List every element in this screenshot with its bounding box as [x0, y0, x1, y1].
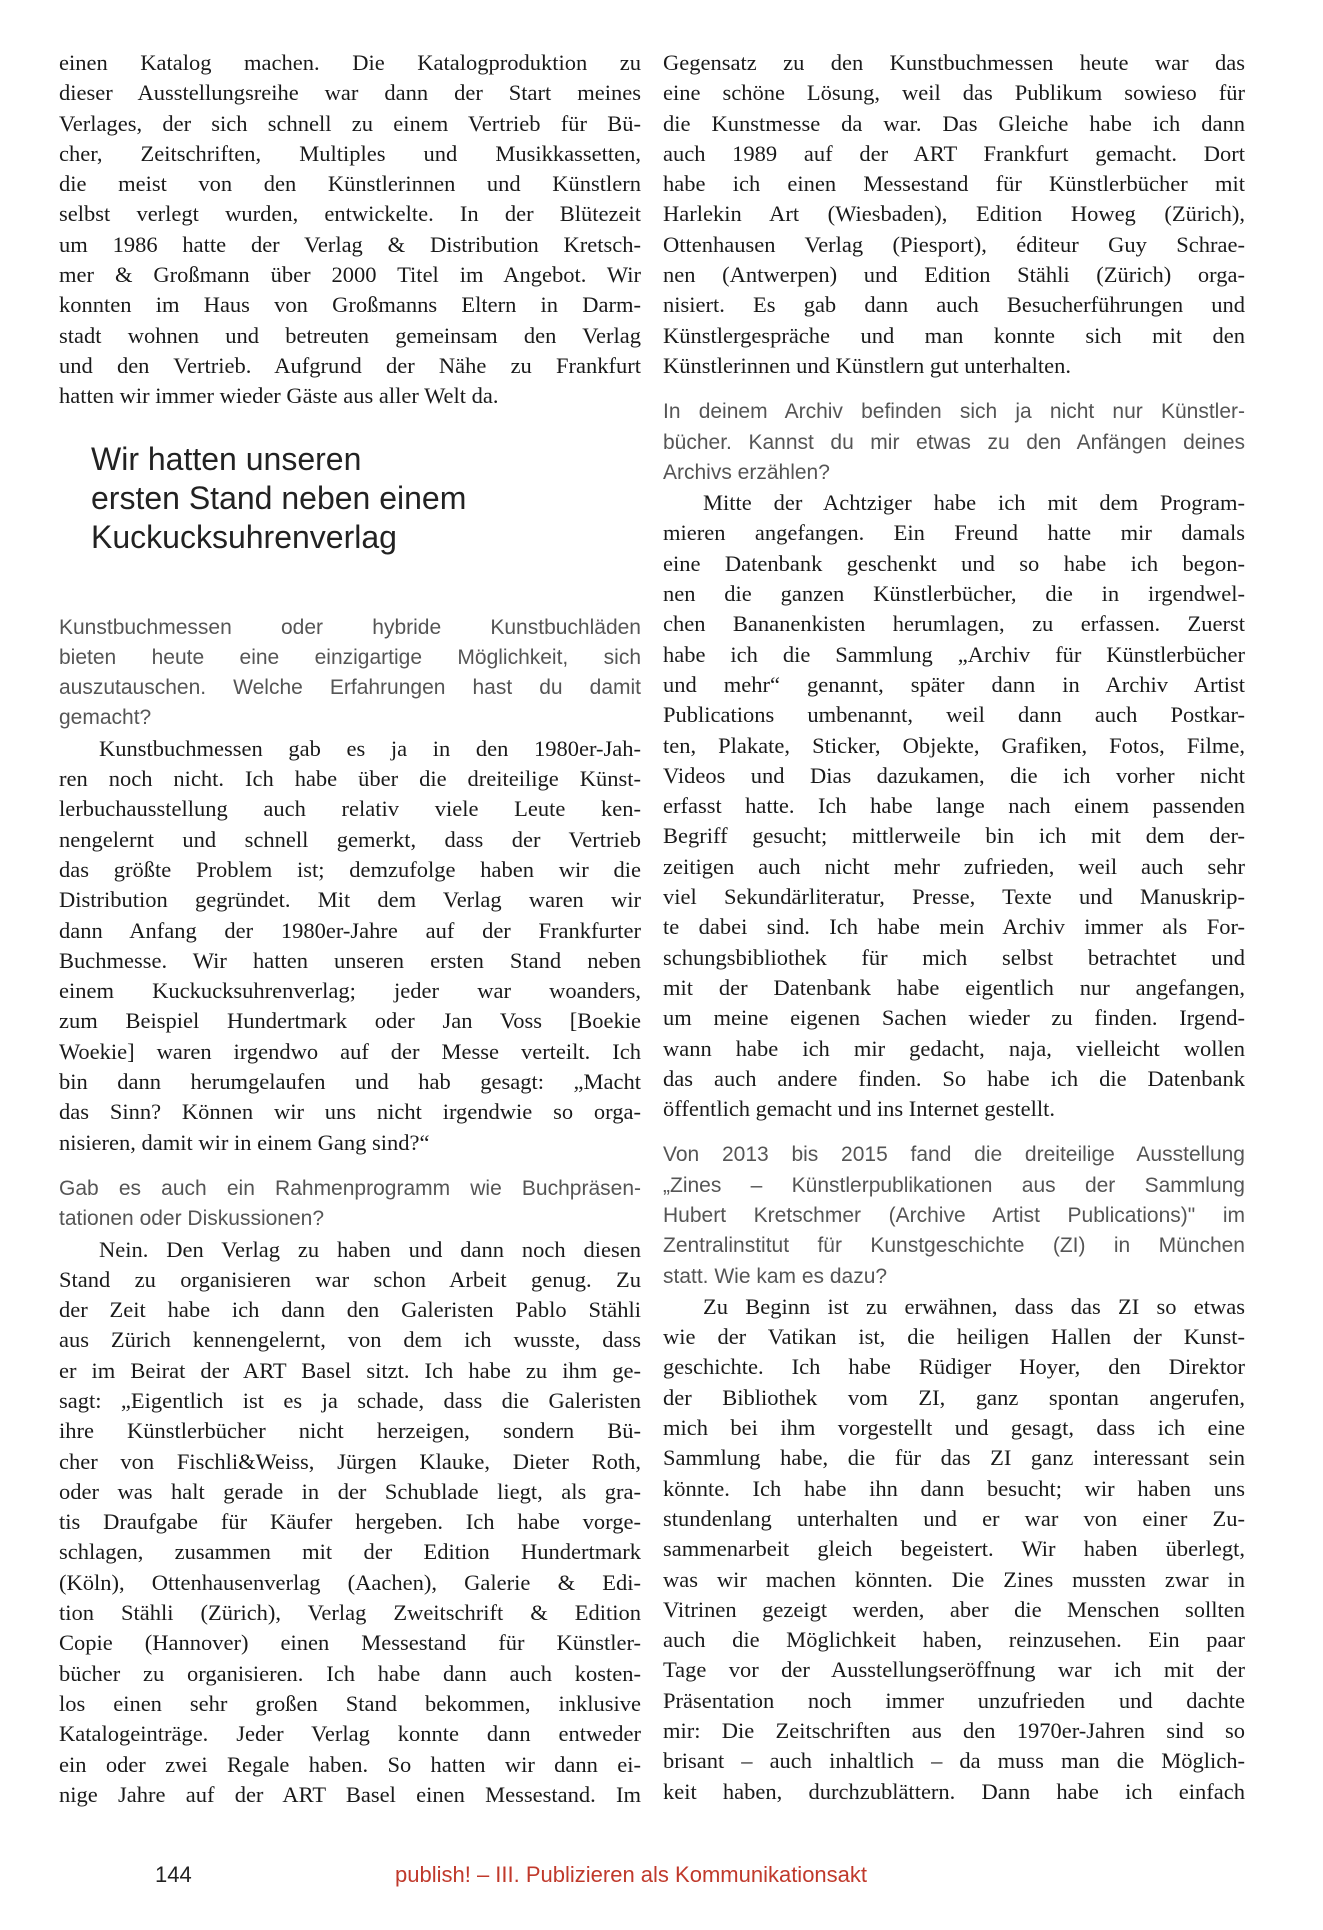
text-line: Vitrinen gezeigt werden, aber die Mensch… [663, 1595, 1245, 1625]
text-line: habe ich die Sammlung „Archiv für Künstl… [663, 640, 1245, 670]
text-line: dann Anfang der 1980er-Jahre auf der Fra… [59, 916, 641, 946]
text-line: Videos und Dias dazukamen, die ich vorhe… [663, 761, 1245, 791]
text-line: Katalogeinträge. Jeder Verlag konnte dan… [59, 1719, 641, 1749]
text-line: wann habe ich mir gedacht, naja, viellei… [663, 1034, 1245, 1064]
interview-question: Von 2013 bis 2015 fand die dreiteilige A… [663, 1140, 1245, 1291]
text-line: Verlages, der sich schnell zu einem Vert… [59, 109, 641, 139]
text-line: aus Zürich kennengelernt, von dem ich wu… [59, 1325, 641, 1355]
text-line: viel Sekundärliteratur, Presse, Texte un… [663, 882, 1245, 912]
text-line: das größte Problem ist; demzufolge haben… [59, 855, 641, 885]
interview-question: In deinem Archiv befinden sich ja nicht … [663, 397, 1245, 488]
text-line: geschichte. Ich habe Rüdiger Hoyer, den … [663, 1352, 1245, 1382]
text-line: stadt wohnen und betreuten gemeinsam den… [59, 321, 641, 351]
text-line: eine Datenbank geschenkt und so habe ich… [663, 549, 1245, 579]
question-line: statt. Wie kam es dazu? [663, 1262, 1245, 1292]
text-line: tis Draufgabe für Käufer hergeben. Ich h… [59, 1507, 641, 1537]
text-line: Begriff gesucht; mittlerweile bin ich mi… [663, 821, 1245, 851]
text-line: Kunstbuchmessen gab es ja in den 1980er-… [59, 734, 641, 764]
running-title: publish! – III. Publizieren als Kommunik… [395, 1862, 867, 1888]
text-line: Künstlerinnen und Künstlern gut unterhal… [663, 351, 1245, 381]
text-line: te dabei sind. Ich habe mein Archiv imme… [663, 912, 1245, 942]
text-line: mich bei ihm vorgestellt und gesagt, das… [663, 1413, 1245, 1443]
text-line: Präsentation noch immer unzufrieden und … [663, 1686, 1245, 1716]
text-line: nen (Antwerpen) und Edition Stähli (Züri… [663, 260, 1245, 290]
text-line: chen Bananenkisten herumlagen, zu erfass… [663, 609, 1245, 639]
right-column: Gegensatz zu den Kunstbuchmessen heute w… [663, 48, 1245, 1807]
text-line: sammenarbeit gleich begeistert. Wir habe… [663, 1534, 1245, 1564]
text-line: Publications umbenannt, weil dann auch P… [663, 700, 1245, 730]
interview-answer: Mitte der Achtziger habe ich mit dem Pro… [663, 488, 1245, 1124]
interview-answer: Zu Beginn ist zu erwähnen, dass das ZI s… [663, 1292, 1245, 1807]
question-line: Von 2013 bis 2015 fand die dreiteilige A… [663, 1140, 1245, 1170]
text-line: hatten wir immer wieder Gäste aus aller … [59, 381, 641, 411]
text-line: Künstlergespräche und man konnte sich mi… [663, 321, 1245, 351]
continued-paragraph: Gegensatz zu den Kunstbuchmessen heute w… [663, 48, 1245, 381]
text-line: Sammlung habe, die für das ZI ganz inter… [663, 1443, 1245, 1473]
text-line: Gegensatz zu den Kunstbuchmessen heute w… [663, 48, 1245, 78]
text-line: wie der Vatikan ist, die heiligen Hallen… [663, 1322, 1245, 1352]
question-line: Zentralinstitut für Kunstgeschichte (ZI)… [663, 1231, 1245, 1261]
text-line: Distribution gegründet. Mit dem Verlag w… [59, 885, 641, 915]
text-line: und den Vertrieb. Aufgrund der Nähe zu F… [59, 351, 641, 381]
text-line: ein oder zwei Regale haben. So hatten wi… [59, 1750, 641, 1780]
interview-answer: Kunstbuchmessen gab es ja in den 1980er-… [59, 734, 641, 1158]
text-line: ren noch nicht. Ich habe über die dreite… [59, 764, 641, 794]
text-line: die Kunstmesse da war. Das Gleiche habe … [663, 109, 1245, 139]
text-line: zeitigen auch nicht mehr zufrieden, weil… [663, 852, 1245, 882]
text-line: konnten im Haus von Großmanns Eltern in … [59, 290, 641, 320]
text-line: einen Katalog machen. Die Katalogprodukt… [59, 48, 641, 78]
text-line: zum Beispiel Hundertmark oder Jan Voss [… [59, 1006, 641, 1036]
text-line: Zu Beginn ist zu erwähnen, dass das ZI s… [663, 1292, 1245, 1322]
text-line: nisiert. Es gab dann auch Besucherführun… [663, 290, 1245, 320]
question-line: bücher. Kannst du mir etwas zu den Anfän… [663, 428, 1245, 458]
question-line: gemacht? [59, 703, 641, 733]
text-line: Nein. Den Verlag zu haben und dann noch … [59, 1235, 641, 1265]
question-line: Archivs erzählen? [663, 458, 1245, 488]
question-line: auszutauschen. Welche Erfahrungen hast d… [59, 673, 641, 703]
text-line: nen die ganzen Künstlerbücher, die in ir… [663, 579, 1245, 609]
text-line: selbst verlegt wurden, entwickelte. In d… [59, 199, 641, 229]
text-line: cher von Fischli&Weiss, Jürgen Klauke, D… [59, 1447, 641, 1477]
text-line: bin dann herumgelaufen und hab gesagt: „… [59, 1067, 641, 1097]
text-line: brisant – auch inhaltlich – da muss man … [663, 1746, 1245, 1776]
text-line: könnte. Ich habe ihn dann besucht; wir h… [663, 1474, 1245, 1504]
text-line: mit der Datenbank habe eigentlich nur an… [663, 973, 1245, 1003]
text-line: mieren angefangen. Ein Freund hatte mir … [663, 518, 1245, 548]
text-line: um 1986 hatte der Verlag & Distribution … [59, 230, 641, 260]
text-line: schungsbibliothek für mich selbst betrac… [663, 943, 1245, 973]
text-line: ten, Plakate, Sticker, Objekte, Grafiken… [663, 731, 1245, 761]
interview-question: Gab es auch ein Rahmenprogramm wie Buchp… [59, 1174, 641, 1235]
text-line: nisieren, damit wir in einem Gang sind?“ [59, 1128, 641, 1158]
pull-quote-line: Kuckucksuhrenverlag [91, 518, 641, 557]
page-footer: 144 publish! – III. Publizieren als Komm… [0, 1862, 1323, 1892]
text-line: mer & Großmann über 2000 Titel im Angebo… [59, 260, 641, 290]
text-line: dieser Ausstellungsreihe war dann der St… [59, 78, 641, 108]
text-line: Stand zu organisieren war schon Arbeit g… [59, 1265, 641, 1295]
intro-paragraph: einen Katalog machen. Die Katalogprodukt… [59, 48, 641, 412]
text-line: Woekie] waren irgendwo auf der Messe ver… [59, 1037, 641, 1067]
text-line: der Bibliothek vom ZI, ganz spontan ange… [663, 1383, 1245, 1413]
text-line: keit haben, durchzublättern. Dann habe i… [663, 1777, 1245, 1807]
text-line: nige Jahre auf der ART Basel einen Messe… [59, 1780, 641, 1810]
text-line: (Köln), Ottenhausenverlag (Aachen), Gale… [59, 1568, 641, 1598]
text-line: ihre Künstlerbücher nicht herzeigen, son… [59, 1416, 641, 1446]
text-line: mir: Die Zeitschriften aus den 1970er-Ja… [663, 1716, 1245, 1746]
page-number: 144 [155, 1862, 192, 1888]
question-line: „Zines – Künstlerpublikationen aus der S… [663, 1171, 1245, 1201]
text-line: Ottenhausen Verlag (Piesport), éditeur G… [663, 230, 1245, 260]
question-line: Gab es auch ein Rahmenprogramm wie Buchp… [59, 1174, 641, 1204]
text-line: um meine eigenen Sachen wieder zu finden… [663, 1003, 1245, 1033]
text-line: lerbuchausstellung auch relativ viele Le… [59, 794, 641, 824]
text-line: Mitte der Achtziger habe ich mit dem Pro… [663, 488, 1245, 518]
text-line: erfasst hatte. Ich habe lange nach einem… [663, 791, 1245, 821]
interview-question: Kunstbuchmessen oder hybride Kunstbuchlä… [59, 613, 641, 734]
text-line: tion Stähli (Zürich), Verlag Zweitschrif… [59, 1598, 641, 1628]
question-line: bieten heute eine einzigartige Möglichke… [59, 643, 641, 673]
text-line: er im Beirat der ART Basel sitzt. Ich ha… [59, 1356, 641, 1386]
text-line: die meist von den Künstlerinnen und Küns… [59, 169, 641, 199]
left-column: einen Katalog machen. Die Katalogprodukt… [59, 48, 641, 1810]
text-line: auch die Möglichkeit haben, reinzusehen.… [663, 1625, 1245, 1655]
text-line: das auch andere finden. So habe ich die … [663, 1064, 1245, 1094]
question-line: In deinem Archiv befinden sich ja nicht … [663, 397, 1245, 427]
text-line: einem Kuckucksuhrenverlag; jeder war woa… [59, 976, 641, 1006]
text-line: Buchmesse. Wir hatten unseren ersten Sta… [59, 946, 641, 976]
interview-answer: Nein. Den Verlag zu haben und dann noch … [59, 1235, 641, 1811]
text-line: oder was halt gerade in der Schublade li… [59, 1477, 641, 1507]
pull-quote-line: Wir hatten unseren [91, 440, 641, 479]
text-line: auch 1989 auf der ART Frankfurt gemacht.… [663, 139, 1245, 169]
text-line: Copie (Hannover) einen Messestand für Kü… [59, 1628, 641, 1658]
text-line: cher, Zeitschriften, Multiples und Musik… [59, 139, 641, 169]
pull-quote: Wir hatten unseren ersten Stand neben ei… [59, 440, 641, 557]
text-line: habe ich einen Messestand für Künstlerbü… [663, 169, 1245, 199]
pull-quote-line: ersten Stand neben einem [91, 479, 641, 518]
text-line: sagt: „Eigentlich ist es ja schade, dass… [59, 1386, 641, 1416]
question-line: tationen oder Diskussionen? [59, 1204, 641, 1234]
text-line: los einen sehr großen Stand bekommen, in… [59, 1689, 641, 1719]
question-line: Hubert Kretschmer (Archive Artist Public… [663, 1201, 1245, 1231]
text-line: Harlekin Art (Wiesbaden), Edition Howeg … [663, 199, 1245, 229]
text-line: was wir machen könnten. Die Zines musste… [663, 1565, 1245, 1595]
text-line: nengelernt und schnell gemerkt, dass der… [59, 825, 641, 855]
question-line: Kunstbuchmessen oder hybride Kunstbuchlä… [59, 613, 641, 643]
text-line: der Zeit habe ich dann den Galeristen Pa… [59, 1295, 641, 1325]
text-line: Tage vor der Ausstellungseröffnung war i… [663, 1655, 1245, 1685]
text-line: öffentlich gemacht und ins Internet gest… [663, 1094, 1245, 1124]
text-line: stundenlang unterhalten und er war von e… [663, 1504, 1245, 1534]
text-line: schlagen, zusammen mit der Edition Hunde… [59, 1537, 641, 1567]
text-line: und mehr“ genannt, später dann in Archiv… [663, 670, 1245, 700]
text-line: das Sinn? Können wir uns nicht irgendwie… [59, 1097, 641, 1127]
text-line: bücher zu organisieren. Ich habe dann au… [59, 1659, 641, 1689]
text-line: eine schöne Lösung, weil das Publikum so… [663, 78, 1245, 108]
